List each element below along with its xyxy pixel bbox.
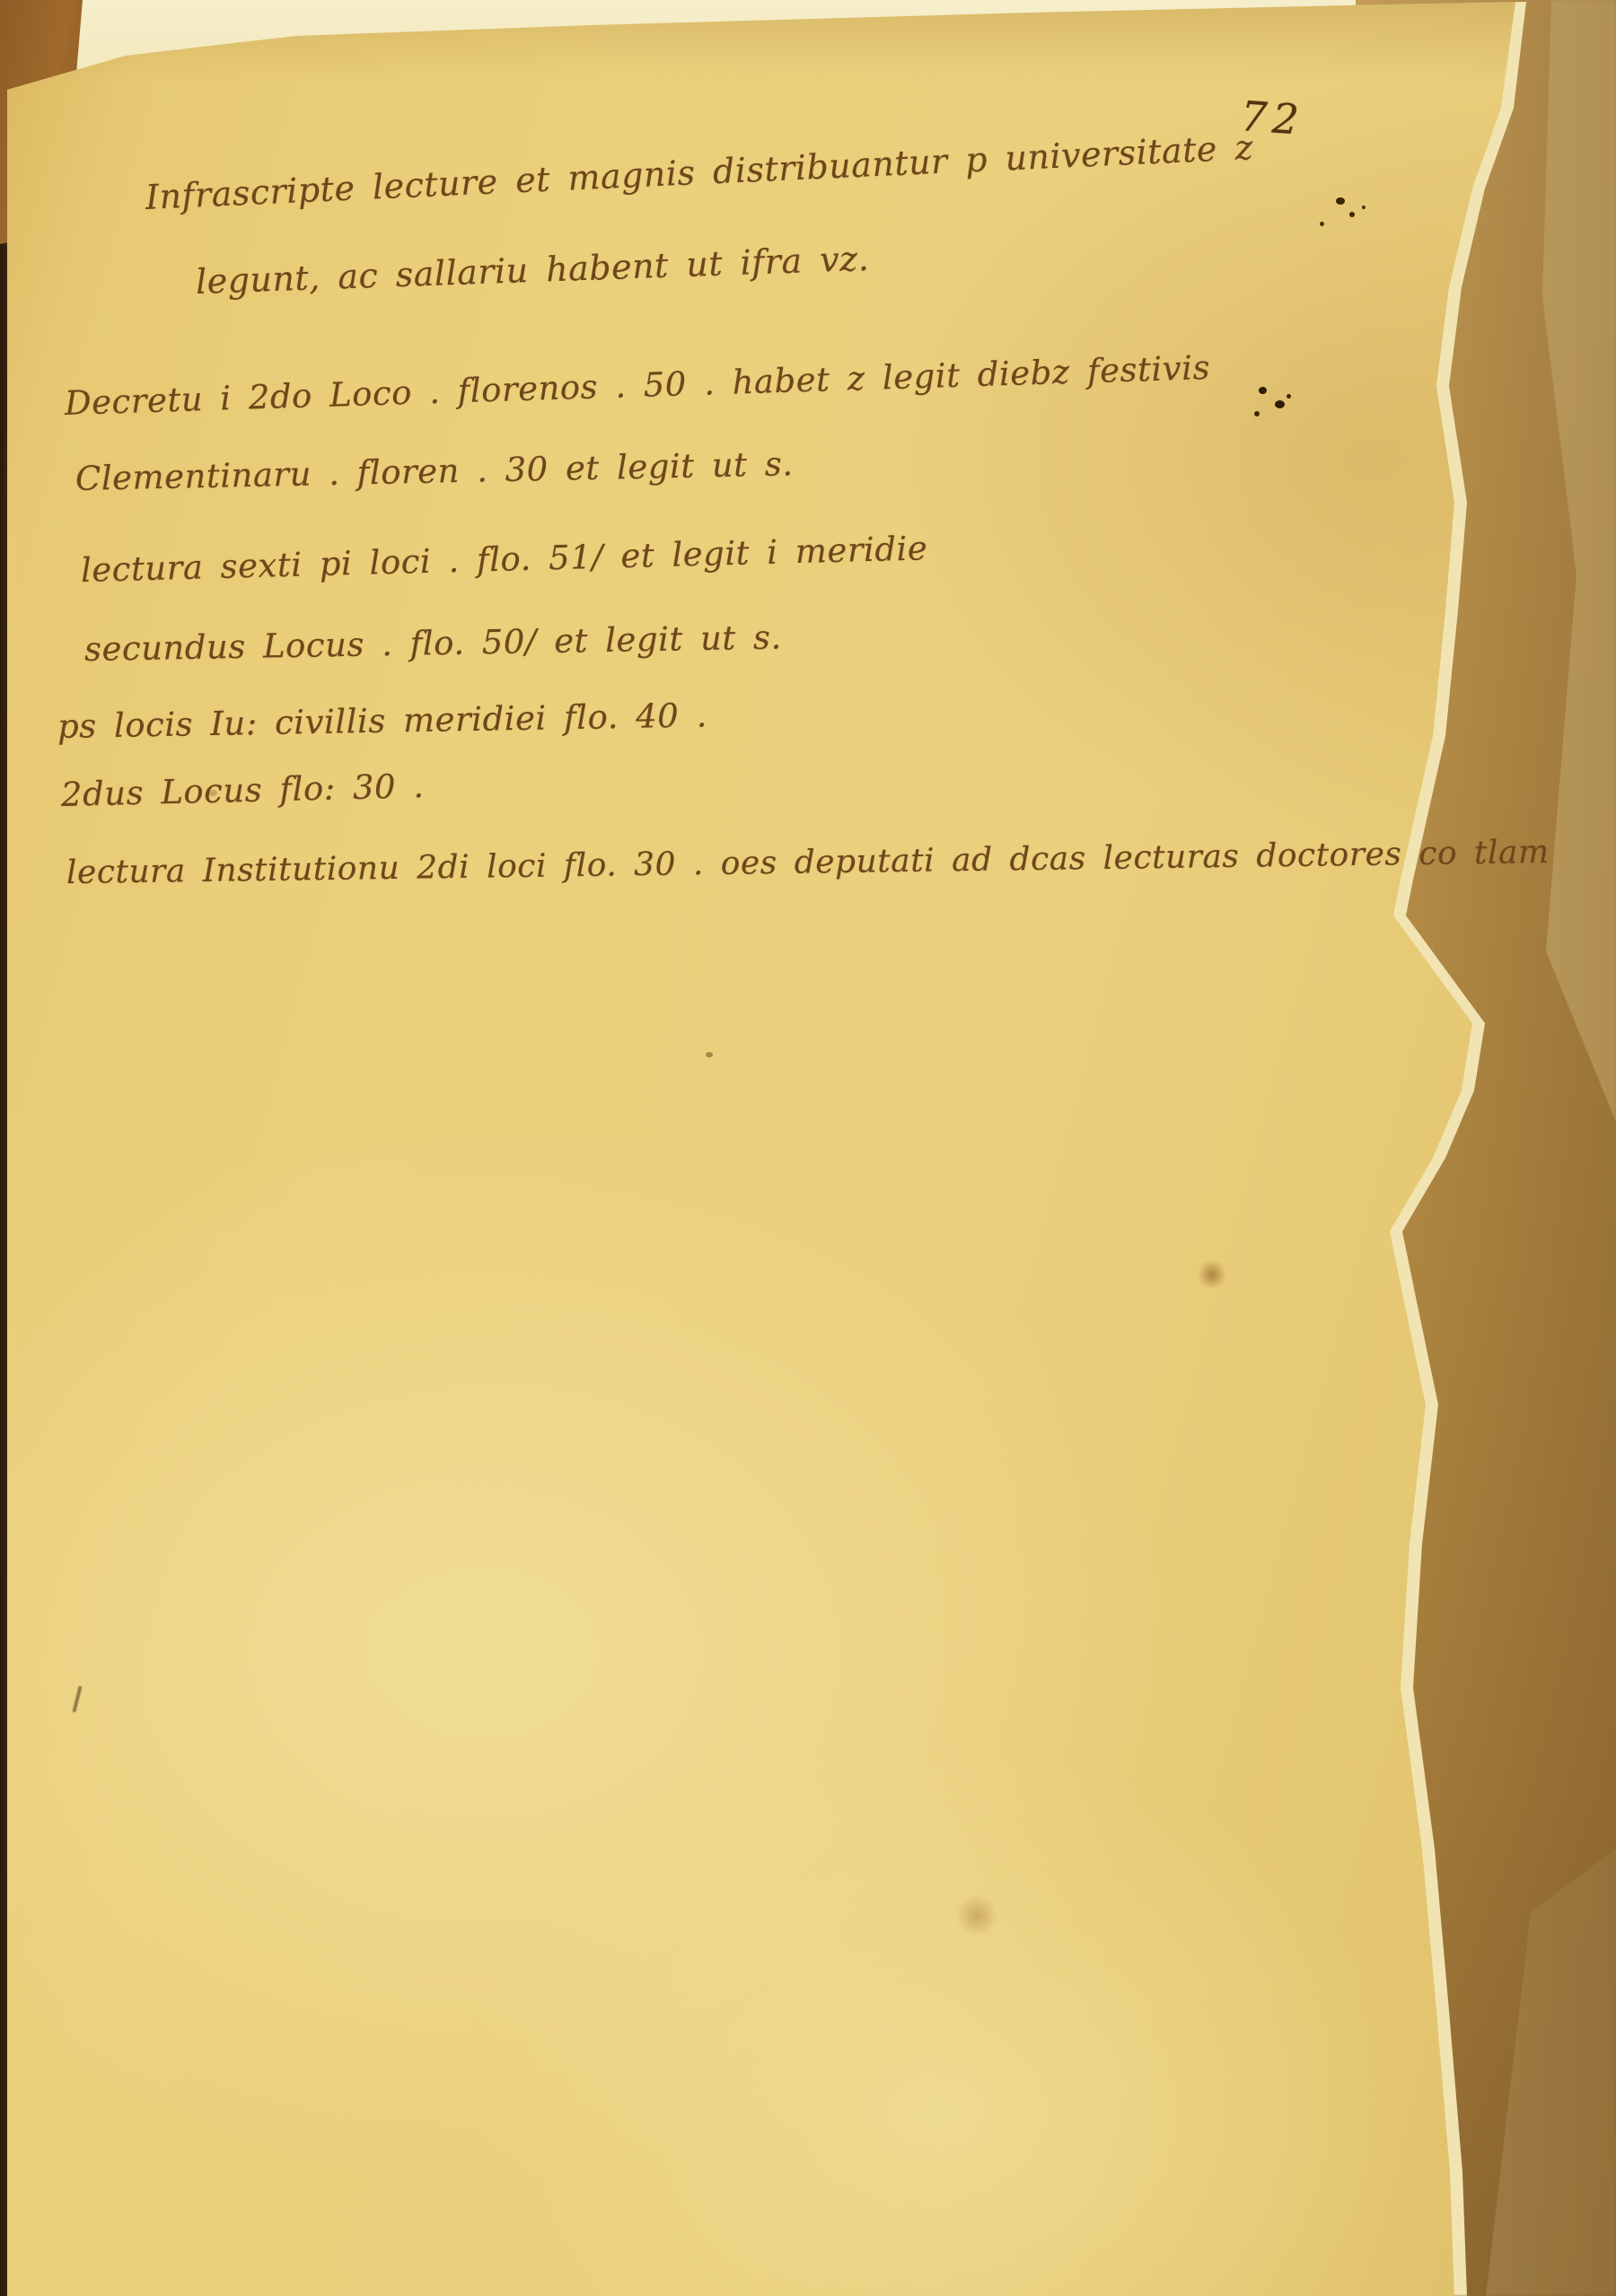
ink-speck	[1320, 222, 1324, 226]
ink-speck	[1287, 394, 1291, 399]
ink-speck	[1336, 197, 1345, 205]
stain	[953, 1896, 1000, 1935]
ink-speck	[1259, 387, 1267, 394]
ink-speck	[1349, 212, 1355, 217]
ink-speck	[1254, 411, 1260, 416]
ink-speck	[1362, 206, 1366, 209]
stain	[1196, 1261, 1228, 1288]
stain	[706, 1052, 713, 1057]
main-page	[0, 0, 1616, 2296]
manuscript-photo: 72 Infrascripte lecture et magnis distri…	[0, 0, 1616, 2296]
ink-speck	[1275, 400, 1285, 408]
stain	[208, 790, 217, 796]
